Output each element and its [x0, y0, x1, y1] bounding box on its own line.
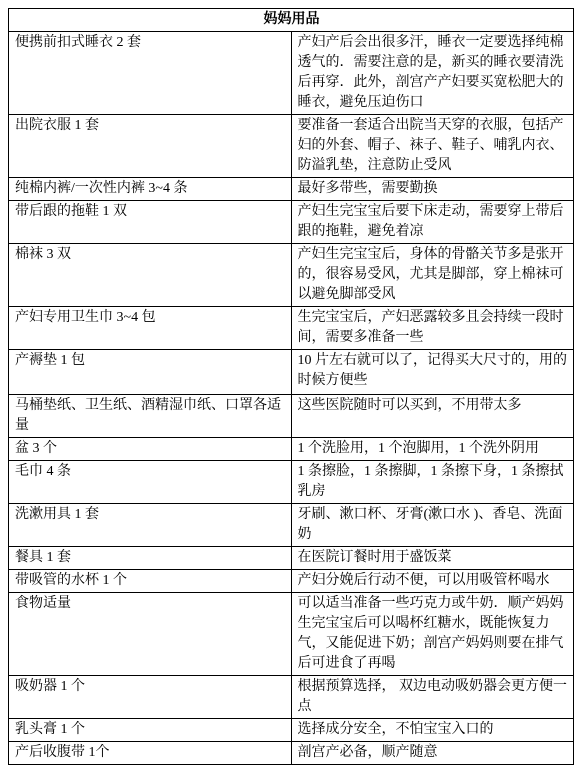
- item-cell: 出院衣服 1 套: [9, 115, 292, 178]
- description-cell: 根据预算选择， 双边电动吸奶器会更方便一点: [291, 676, 574, 719]
- description-cell: 最好多带些，需要勤换: [291, 178, 574, 201]
- item-cell: 马桶垫纸、卫生纸、酒精湿巾纸、口罩各适量: [9, 395, 292, 438]
- table-row: 产后收腹带 1个 剖宫产必备，顺产随意: [9, 742, 574, 765]
- description-cell: 可以适当准备一些巧克力或牛奶．顺产妈妈生完宝宝后可以喝杯红糖水，既能恢复力气，又…: [291, 593, 574, 676]
- table-row: 便携前扣式睡衣 2 套 产妇产后会出很多汗，睡衣一定要选择纯棉透气的．需要注意的…: [9, 32, 574, 115]
- item-cell: 便携前扣式睡衣 2 套: [9, 32, 292, 115]
- item-cell: 产褥垫 1 包: [9, 350, 292, 395]
- item-cell: 吸奶器 1 个: [9, 676, 292, 719]
- table-row: 出院衣服 1 套 要准备一套适合出院当天穿的衣服，包括产妇的外套、帽子、袜子、鞋…: [9, 115, 574, 178]
- description-cell: 产妇生完宝宝后要下床走动，需要穿上带后跟的拖鞋，避免着凉: [291, 201, 574, 244]
- description-cell: 选择成分安全，不怕宝宝入口的: [291, 719, 574, 742]
- item-cell: 洗漱用具 1 套: [9, 504, 292, 547]
- description-cell: 1 个洗脸用，1 个泡脚用，1 个洗外阴用: [291, 438, 574, 461]
- title-row: 妈妈用品: [9, 9, 574, 32]
- table-row: 棉袜 3 双 产妇生完宝宝后，身体的骨骼关节多是张开的，很容易受风，尤其是脚部，…: [9, 244, 574, 307]
- description-cell: 生完宝宝后，产妇恶露较多且会持续一段时间，需要多准备一些: [291, 307, 574, 350]
- table-row: 毛巾 4 条 1 条擦脸，1 条擦脚，1 条擦下身，1 条擦拭乳房: [9, 461, 574, 504]
- item-cell: 盆 3 个: [9, 438, 292, 461]
- item-cell: 带后跟的拖鞋 1 双: [9, 201, 292, 244]
- description-cell: 在医院订餐时用于盛饭菜: [291, 547, 574, 570]
- table-row: 洗漱用具 1 套 牙刷、漱口杯、牙膏(漱口水 )、香皂、洗面奶: [9, 504, 574, 547]
- table-row: 带后跟的拖鞋 1 双 产妇生完宝宝后要下床走动，需要穿上带后跟的拖鞋，避免着凉: [9, 201, 574, 244]
- table-row: 吸奶器 1 个 根据预算选择， 双边电动吸奶器会更方便一点: [9, 676, 574, 719]
- table-row: 带吸管的水杯 1 个 产妇分娩后行动不便，可以用吸管杯喝水: [9, 570, 574, 593]
- item-cell: 毛巾 4 条: [9, 461, 292, 504]
- table-row: 产褥垫 1 包 10 片左右就可以了，记得买大尺寸的，用的时候方便些: [9, 350, 574, 395]
- mom-supplies-table: 妈妈用品 便携前扣式睡衣 2 套 产妇产后会出很多汗，睡衣一定要选择纯棉透气的．…: [8, 8, 574, 765]
- description-cell: 产妇分娩后行动不便，可以用吸管杯喝水: [291, 570, 574, 593]
- table-row: 马桶垫纸、卫生纸、酒精湿巾纸、口罩各适量 这些医院随时可以买到，不用带太多: [9, 395, 574, 438]
- table-title: 妈妈用品: [9, 9, 574, 32]
- item-cell: 产后收腹带 1个: [9, 742, 292, 765]
- description-cell: 要准备一套适合出院当天穿的衣服，包括产妇的外套、帽子、袜子、鞋子、哺乳内衣、防溢…: [291, 115, 574, 178]
- table-row: 纯棉内裤/一次性内裤 3~4 条 最好多带些，需要勤换: [9, 178, 574, 201]
- table-row: 餐具 1 套 在医院订餐时用于盛饭菜: [9, 547, 574, 570]
- description-cell: 剖宫产必备，顺产随意: [291, 742, 574, 765]
- table-row: 产妇专用卫生巾 3~4 包 生完宝宝后，产妇恶露较多且会持续一段时间，需要多准备…: [9, 307, 574, 350]
- table-row: 盆 3 个 1 个洗脸用，1 个泡脚用，1 个洗外阴用: [9, 438, 574, 461]
- description-cell: 1 条擦脸，1 条擦脚，1 条擦下身，1 条擦拭乳房: [291, 461, 574, 504]
- table-row: 食物适量 可以适当准备一些巧克力或牛奶．顺产妈妈生完宝宝后可以喝杯红糖水，既能恢…: [9, 593, 574, 676]
- item-cell: 棉袜 3 双: [9, 244, 292, 307]
- item-cell: 纯棉内裤/一次性内裤 3~4 条: [9, 178, 292, 201]
- description-cell: 产妇生完宝宝后，身体的骨骼关节多是张开的，很容易受风，尤其是脚部，穿上棉袜可以避…: [291, 244, 574, 307]
- description-cell: 10 片左右就可以了，记得买大尺寸的，用的时候方便些: [291, 350, 574, 395]
- item-cell: 餐具 1 套: [9, 547, 292, 570]
- table-row: 乳头膏 1 个 选择成分安全，不怕宝宝入口的: [9, 719, 574, 742]
- item-cell: 带吸管的水杯 1 个: [9, 570, 292, 593]
- description-cell: 产妇产后会出很多汗，睡衣一定要选择纯棉透气的．需要注意的是，新买的睡衣要清洗后再…: [291, 32, 574, 115]
- item-cell: 乳头膏 1 个: [9, 719, 292, 742]
- description-cell: 这些医院随时可以买到，不用带太多: [291, 395, 574, 438]
- item-cell: 食物适量: [9, 593, 292, 676]
- item-cell: 产妇专用卫生巾 3~4 包: [9, 307, 292, 350]
- description-cell: 牙刷、漱口杯、牙膏(漱口水 )、香皂、洗面奶: [291, 504, 574, 547]
